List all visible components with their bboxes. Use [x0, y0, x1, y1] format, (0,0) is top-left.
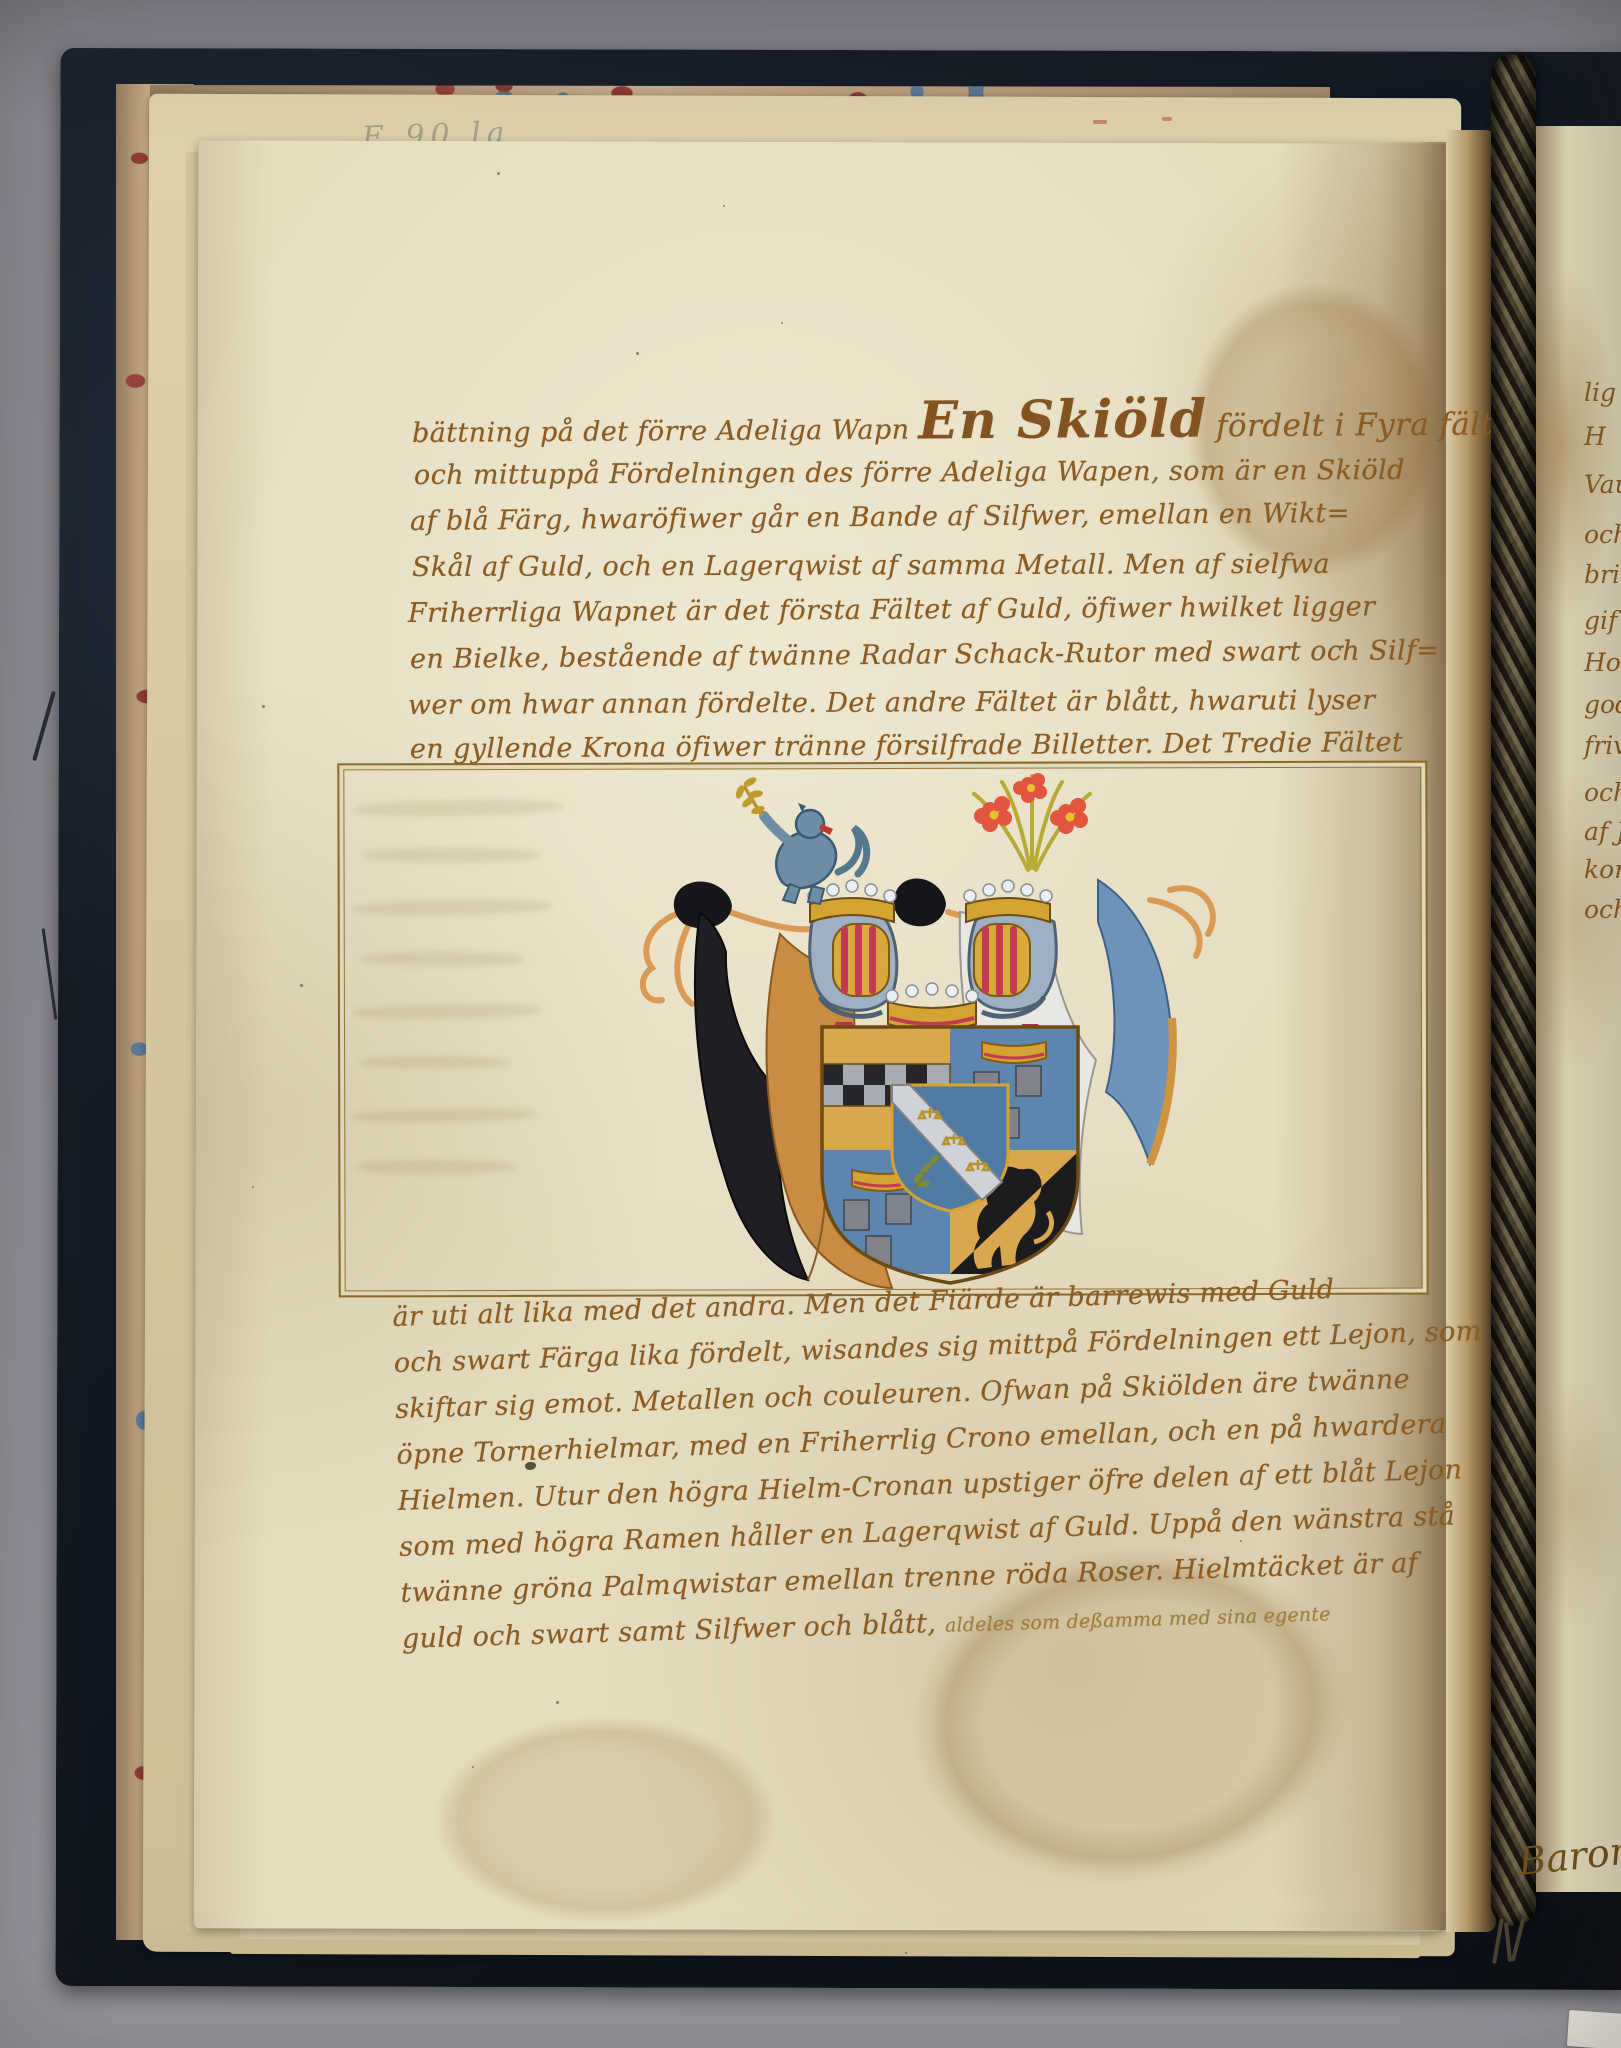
helmet-left — [810, 912, 897, 1016]
mantling-knot-center — [894, 878, 946, 926]
bleed-through-mark — [362, 848, 542, 862]
fly-speck — [262, 705, 265, 708]
manuscript-line: wer om hwar annan fördelte. Det andre Fä… — [408, 685, 1376, 721]
inescutcheon — [892, 1085, 1008, 1211]
line1-pre: bättning på det förre Adeliga Wapn — [412, 415, 910, 449]
bleed-through-mark — [360, 1056, 510, 1069]
manuscript-photo: E 90 la bättning på det förre Adeliga Wa… — [0, 0, 1621, 2048]
fly-speck — [497, 172, 500, 175]
fly-speck — [1341, 645, 1344, 648]
fly-speck — [252, 1186, 254, 1188]
red-ink-trace — [1093, 120, 1107, 124]
red-ink-trace — [1162, 117, 1172, 121]
coat-of-arms-illustration — [630, 772, 1230, 1292]
fly-speck — [905, 1952, 907, 1954]
right-page-fragment: Hon — [1584, 648, 1621, 677]
helmet-right — [969, 912, 1056, 1016]
crest-roses-plumes — [974, 773, 1090, 870]
line1-post: fördelt i Fyra fält, — [1216, 406, 1504, 444]
cover-fray-thread — [32, 691, 56, 761]
bleed-through-mark — [360, 952, 525, 966]
manuscript-line: Skål af Guld, och en Lagerqwist af samma… — [412, 549, 1330, 583]
red-rose — [1050, 798, 1088, 834]
fly-speck — [781, 322, 783, 324]
cover-fray-thread — [42, 928, 58, 1020]
right-page-fragment: gif — [1584, 606, 1617, 635]
right-page-fragment: lig — [1584, 378, 1616, 407]
fly-speck — [472, 1766, 474, 1768]
right-page-fragment: Vau — [1584, 470, 1621, 499]
red-rose — [1013, 773, 1047, 803]
fly-speck — [556, 1701, 559, 1704]
braided-binding-cord — [1491, 54, 1536, 1926]
right-page-fragment: god — [1584, 690, 1621, 719]
bleed-through-mark — [358, 1160, 518, 1174]
last-line-marginal-note: aldeles som deßamma med sina egente — [945, 1603, 1331, 1636]
paper-scrap — [1567, 2010, 1621, 2048]
bottom-text-block: är uti alt lika med det andra. Men det F… — [392, 1270, 1491, 1670]
right-page-fragment: af J — [1584, 817, 1621, 846]
right-page-fragment: kom — [1584, 855, 1621, 884]
right-page-fragment: friv — [1584, 731, 1621, 760]
quartered-shield — [822, 1027, 1080, 1283]
right-page-fragment: och r — [1584, 895, 1621, 924]
right-page-fragment: och g — [1584, 778, 1621, 807]
right-page-fragment: brin — [1584, 560, 1621, 589]
helmet-crown-right — [964, 880, 1052, 922]
manuscript-line: och mittuppå Fördelningen des förre Adel… — [414, 455, 1405, 491]
line1-ornate-words: En Skiöld — [918, 388, 1207, 451]
right-page-fragment: och — [1584, 520, 1621, 549]
fly-speck — [300, 984, 303, 987]
right-page-fragment: H — [1584, 422, 1606, 451]
fly-speck — [723, 205, 725, 207]
fly-speck — [1240, 1540, 1242, 1542]
manuscript-line: bättning på det förre Adeliga Wapn En Sk… — [412, 386, 1504, 455]
fly-speck — [636, 352, 639, 355]
